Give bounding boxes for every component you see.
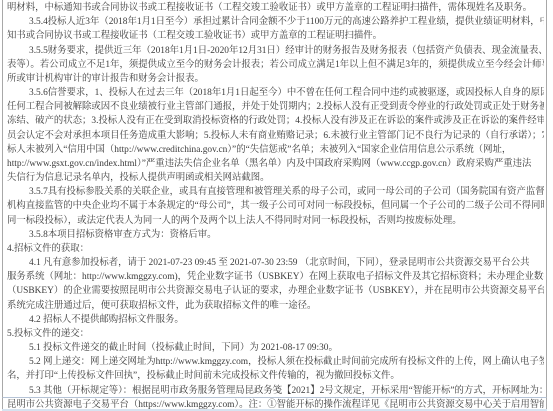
tender-notice-document: 明材料，中标通知书或合同协议书或工程接收证书（工程交竣工验收证书）或甲方盖章的工…	[0, 0, 553, 411]
text-line: 员会认定不会对承担本项目任务造成重大影响；5.投标人未有商业贿赂记录；6.未被行…	[7, 129, 544, 143]
text-line: 知书或合同协议书或工程接收证书（工程交竣工验收证书）或甲方盖章的工程证明扫描件。	[7, 29, 544, 43]
text-line: 表等）。若公司成立不足1年，须提供成立至今的财务会计报表；若公司成立满足1年以上…	[7, 58, 544, 72]
text-line: 4.1 凡有意参加投标者，请于 2021-07-23 09:45 至 2021-…	[7, 256, 544, 270]
text-line: 失信行为信息记录名单内，投标人提供声明函或相关网站截图。	[7, 171, 544, 185]
section-heading-line: 5.投标文件的递交：	[7, 327, 544, 341]
text-line: （USBKEY）的企业需要按照昆明市公共资源交易电子认证的要求，办理企业数字证书…	[7, 284, 544, 298]
text-line: 标人未被列入“信用中国（http://www.creditchina.gov.c…	[7, 143, 544, 157]
text-line: 3.5.7具有投标参股关系的关联企业，或具有直接管理和被管理关系的母子公司，或同…	[7, 185, 544, 199]
text-line: 所或审计机构审计的审计报告和财务会计报表。	[7, 72, 544, 86]
text-line: 明材料，中标通知书或合同协议书或工程接收证书（工程交竣工验收证书）或甲方盖章的工…	[7, 1, 544, 15]
text-line: 5.3 其他（开标规定等）：根据昆明市政务服务管理局昆政务笺【2021】2号文规…	[7, 384, 544, 398]
text-line: 名，并打印“上传投标文件回执”，投标截止时间前未完成投标文件传输的，视为撤回投标…	[7, 369, 544, 383]
text-line: 5.2 网上递交：网上递交网址为http://www.kmggzy.com，投标…	[7, 355, 544, 369]
text-line: 任何工程合同被解除或因不良业绩被行业主管部门通报，并处于处罚期内；2.投标人没有…	[7, 100, 544, 114]
text-line: 系统完成注册通过后，便可获取招标文件，此为获取招标文件的唯一途径。	[7, 299, 544, 313]
text-line: 3.5.4投标人近3年（2018年1月1日至今）承担过累计合同金额不少于1100…	[7, 15, 544, 29]
section-heading-line: 4.招标文件的获取：	[7, 242, 544, 256]
text-line: 3.5.5财务要求，提供近三年（2018年1月1日-2020年12月31日）经审…	[7, 44, 544, 58]
text-line: 3.5.6信誉要求，1、投标人在过去三年（2018年1月1日起至今）中不曾在任何…	[7, 86, 544, 100]
text-line: 4.2 招标人不提供邮购招标文件服务。	[7, 313, 544, 327]
text-line: 机构直接监管的中央企业均不属于本条规定的“母公司”，其一级子公司可对同一标段投标…	[7, 199, 544, 213]
text-line: 3.5.8本项目招标资格审查方式为：资格后审。	[7, 228, 544, 242]
text-line: 同一标段投标），或法定代表人为同一人的两个及两个以上法人不得同时对同一标段投标，…	[7, 214, 544, 228]
text-line: http://www.gsxt.gov.cn/index.html）”严重违法失…	[7, 157, 544, 171]
text-line: 冻结、破产的状态；3.投标人没有正在受到取消投标资格的行政处罚；4.投标人没有涉…	[7, 114, 544, 128]
text-line: 服务系统（网址：http://www.kmggzy.com)，凭企业数字证书（U…	[7, 270, 544, 284]
text-line: 5.1 投标文件递交的截止时间（投标截止时间，下同）为 2021-08-17 0…	[7, 341, 544, 355]
document-page: 明材料，中标通知书或合同协议书或工程接收证书（工程交竣工验收证书）或甲方盖章的工…	[2, 0, 547, 398]
